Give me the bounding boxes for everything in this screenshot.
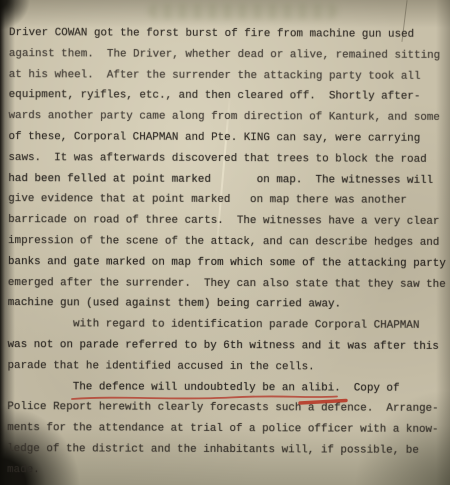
text-line: banks and gate marked on map from which … bbox=[8, 252, 448, 275]
text-line: Police Report herewith clearly forecasts… bbox=[7, 397, 447, 420]
text-line: impression of the scene of the attack, a… bbox=[8, 231, 448, 254]
typed-text-block: Driver COWAN got the forst burst of fire… bbox=[7, 23, 449, 482]
text-line: saws. It was afterwards discovered that … bbox=[8, 148, 448, 171]
text-line: ments for the attendance at trial of a p… bbox=[7, 418, 447, 441]
text-line: machine gun (used against them) being ca… bbox=[8, 293, 448, 316]
text-line: emerged after the surrender. They can al… bbox=[8, 273, 448, 296]
text-line: ledge of the district and the inhabitant… bbox=[7, 439, 447, 462]
text-line: of these, Corporal CHAPMAN and Pte. KING… bbox=[8, 127, 448, 150]
text-line: was not on parade referred to by 6th wit… bbox=[8, 335, 448, 358]
text-line: give evidence that at point marked on ma… bbox=[8, 189, 448, 212]
text-line: Driver COWAN got the forst burst of fire… bbox=[9, 23, 449, 46]
text-line: parade that he identified accused in the… bbox=[7, 356, 447, 379]
text-line: equipment, ryifles, etc., and then clear… bbox=[9, 85, 449, 108]
text-line: with regard to identification parade Cor… bbox=[8, 314, 448, 337]
text-line: against them. The Driver, whether dead o… bbox=[9, 44, 449, 67]
document-photo: Driver COWAN got the forst burst of fire… bbox=[0, 0, 450, 485]
text-line: made. bbox=[7, 460, 447, 483]
faded-stamp bbox=[148, 3, 338, 19]
text-line: at his wheel. After the surrender the at… bbox=[9, 65, 449, 88]
text-line: had been felled at point marked on map. … bbox=[8, 169, 448, 192]
text-line: The defence will undoubtedly be an alibi… bbox=[7, 377, 447, 400]
text-line: wards another party came along from dire… bbox=[9, 106, 449, 129]
text-line: barricade on road of three carts. The wi… bbox=[8, 210, 448, 233]
